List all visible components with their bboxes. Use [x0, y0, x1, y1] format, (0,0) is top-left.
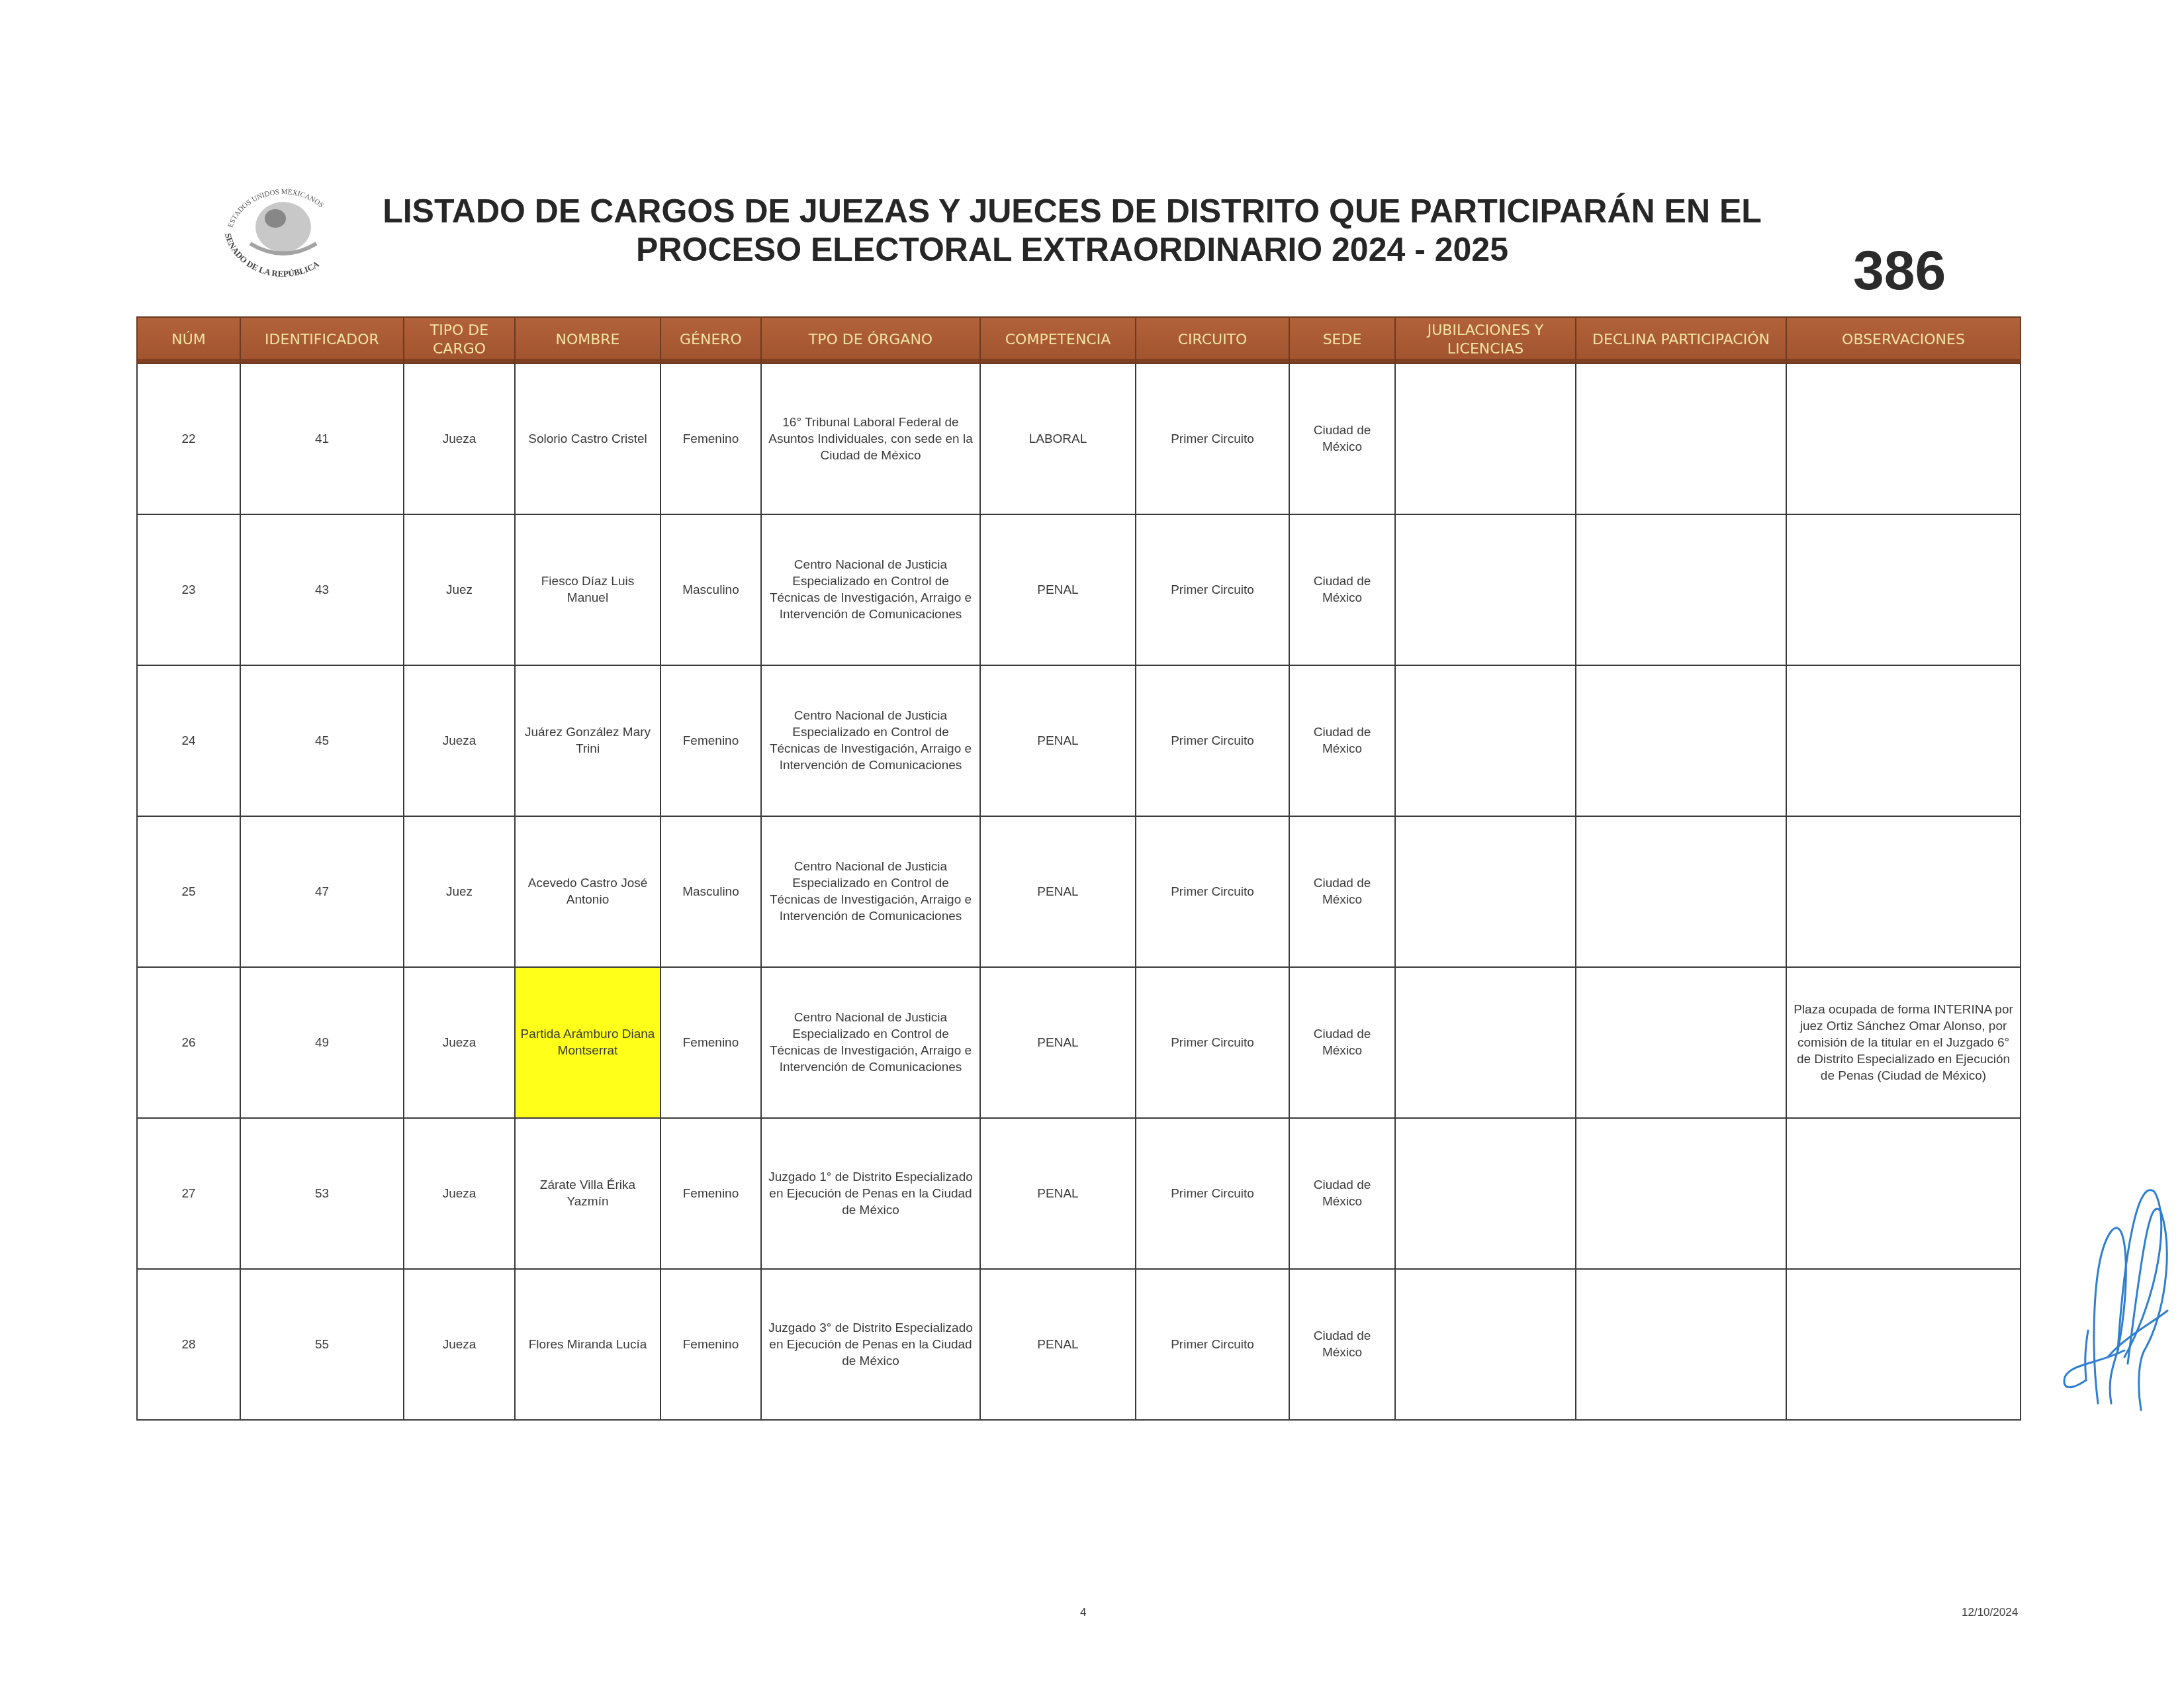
- page-number: 4: [1080, 1606, 1086, 1619]
- col-num: NÚM: [137, 317, 240, 363]
- cell-num: 28: [137, 1269, 240, 1420]
- col-observaciones: OBSERVACIONES: [1786, 317, 2021, 363]
- cell-nombre: Acevedo Castro José Antonio: [515, 816, 660, 967]
- cell-competencia: PENAL: [980, 1269, 1136, 1420]
- col-competencia: COMPETENCIA: [980, 317, 1136, 363]
- cell-declina: [1576, 1118, 1786, 1269]
- cell-sede: Ciudad de México: [1289, 967, 1395, 1118]
- cell-genero: Femenino: [660, 363, 761, 514]
- cell-num: 26: [137, 967, 240, 1118]
- cell-sede: Ciudad de México: [1289, 816, 1395, 967]
- cell-tipo-organo: Centro Nacional de Justicia Especializad…: [761, 665, 980, 816]
- cell-observaciones: Plaza ocupada de forma INTERINA por juez…: [1786, 967, 2021, 1118]
- title-line-1: LISTADO DE CARGOS DE JUEZAS Y JUECES DE …: [371, 192, 1774, 230]
- table-row: 2343JuezFiesco Díaz Luis ManuelMasculino…: [137, 514, 2021, 665]
- table-row: 2649JuezaPartida Arámburo Diana Montserr…: [137, 967, 2021, 1118]
- cell-tipo-organo: Centro Nacional de Justicia Especializad…: [761, 514, 980, 665]
- cell-jubilaciones: [1395, 1269, 1576, 1420]
- cell-identificador: 43: [240, 514, 404, 665]
- title-line-2: PROCESO ELECTORAL EXTRAORDINARIO 2024 - …: [371, 230, 1774, 269]
- cell-genero: Femenino: [660, 665, 761, 816]
- cell-circuito: Primer Circuito: [1136, 967, 1289, 1118]
- cell-declina: [1576, 363, 1786, 514]
- table-row: 2241JuezaSolorio Castro CristelFemenino1…: [137, 363, 2021, 514]
- cell-tipo-cargo: Jueza: [404, 1118, 515, 1269]
- table-row: 2547JuezAcevedo Castro José AntonioMascu…: [137, 816, 2021, 967]
- cell-observaciones: [1786, 1118, 2021, 1269]
- cell-competencia: PENAL: [980, 816, 1136, 967]
- cell-observaciones: [1786, 1269, 2021, 1420]
- cell-declina: [1576, 665, 1786, 816]
- cell-tipo-cargo: Jueza: [404, 1269, 515, 1420]
- cell-sede: Ciudad de México: [1289, 1269, 1395, 1420]
- coat-of-arms-icon: ESTADOS UNIDOS MEXICANOS SENADO DE LA RE…: [210, 177, 356, 283]
- col-tipo-cargo: TIPO DE CARGO: [404, 317, 515, 363]
- cell-tipo-organo: Centro Nacional de Justicia Especializad…: [761, 816, 980, 967]
- cell-circuito: Primer Circuito: [1136, 816, 1289, 967]
- signature: [2045, 1152, 2171, 1417]
- cell-circuito: Primer Circuito: [1136, 665, 1289, 816]
- cell-tipo-organo: Juzgado 1° de Distrito Especializado en …: [761, 1118, 980, 1269]
- table-row: 2753JuezaZárate Villa Érika YazmínFemeni…: [137, 1118, 2021, 1269]
- cell-nombre: Flores Miranda Lucía: [515, 1269, 660, 1420]
- cell-sede: Ciudad de México: [1289, 665, 1395, 816]
- cell-nombre: Zárate Villa Érika Yazmín: [515, 1118, 660, 1269]
- cell-competencia: PENAL: [980, 1118, 1136, 1269]
- senate-seal: ESTADOS UNIDOS MEXICANOS SENADO DE LA RE…: [210, 177, 356, 283]
- judges-table: NÚM IDENTIFICADOR TIPO DE CARGO NOMBRE G…: [136, 316, 2021, 1421]
- cell-tipo-cargo: Jueza: [404, 363, 515, 514]
- cell-identificador: 41: [240, 363, 404, 514]
- cell-observaciones: [1786, 665, 2021, 816]
- cell-competencia: PENAL: [980, 967, 1136, 1118]
- table-row: 2855JuezaFlores Miranda LucíaFemeninoJuz…: [137, 1269, 2021, 1420]
- cell-jubilaciones: [1395, 665, 1576, 816]
- col-identificador: IDENTIFICADOR: [240, 317, 404, 363]
- cell-circuito: Primer Circuito: [1136, 1269, 1289, 1420]
- cell-identificador: 45: [240, 665, 404, 816]
- cell-nombre: Solorio Castro Cristel: [515, 363, 660, 514]
- cell-tipo-cargo: Jueza: [404, 967, 515, 1118]
- col-nombre: NOMBRE: [515, 317, 660, 363]
- cell-num: 24: [137, 665, 240, 816]
- col-jubilaciones: JUBILACIONES Y LICENCIAS: [1395, 317, 1576, 363]
- cell-circuito: Primer Circuito: [1136, 363, 1289, 514]
- cell-num: 22: [137, 363, 240, 514]
- table-row: 2445JuezaJuárez González Mary TriniFemen…: [137, 665, 2021, 816]
- col-declina: DECLINA PARTICIPACIÓN: [1576, 317, 1786, 363]
- cell-identificador: 49: [240, 967, 404, 1118]
- cell-competencia: PENAL: [980, 665, 1136, 816]
- cell-tipo-organo: Juzgado 3° de Distrito Especializado en …: [761, 1269, 980, 1420]
- cell-nombre: Juárez González Mary Trini: [515, 665, 660, 816]
- cell-genero: Femenino: [660, 967, 761, 1118]
- cell-jubilaciones: [1395, 816, 1576, 967]
- cell-observaciones: [1786, 816, 2021, 967]
- cell-observaciones: [1786, 363, 2021, 514]
- cell-num: 25: [137, 816, 240, 967]
- cell-jubilaciones: [1395, 363, 1576, 514]
- cell-declina: [1576, 514, 1786, 665]
- cell-circuito: Primer Circuito: [1136, 514, 1289, 665]
- table-header-row: NÚM IDENTIFICADOR TIPO DE CARGO NOMBRE G…: [137, 317, 2021, 363]
- col-circuito: CIRCUITO: [1136, 317, 1289, 363]
- cell-tipo-cargo: Juez: [404, 514, 515, 665]
- cell-identificador: 47: [240, 816, 404, 967]
- cell-declina: [1576, 967, 1786, 1118]
- cell-observaciones: [1786, 514, 2021, 665]
- cell-genero: Femenino: [660, 1269, 761, 1420]
- cell-sede: Ciudad de México: [1289, 1118, 1395, 1269]
- cell-jubilaciones: [1395, 514, 1576, 665]
- document-title: LISTADO DE CARGOS DE JUEZAS Y JUECES DE …: [371, 192, 1774, 269]
- cell-sede: Ciudad de México: [1289, 363, 1395, 514]
- folio-number: 386: [1853, 238, 1946, 303]
- cell-num: 27: [137, 1118, 240, 1269]
- cell-tipo-organo: Centro Nacional de Justicia Especializad…: [761, 967, 980, 1118]
- col-sede: SEDE: [1289, 317, 1395, 363]
- cell-jubilaciones: [1395, 967, 1576, 1118]
- cell-genero: Femenino: [660, 1118, 761, 1269]
- document-date: 12/10/2024: [1962, 1606, 2018, 1619]
- cell-genero: Masculino: [660, 514, 761, 665]
- cell-declina: [1576, 1269, 1786, 1420]
- col-genero: GÉNERO: [660, 317, 761, 363]
- cell-competencia: PENAL: [980, 514, 1136, 665]
- cell-circuito: Primer Circuito: [1136, 1118, 1289, 1269]
- cell-declina: [1576, 816, 1786, 967]
- cell-tipo-organo: 16° Tribunal Laboral Federal de Asuntos …: [761, 363, 980, 514]
- col-tipo-organo: TPO DE ÓRGANO: [761, 317, 980, 363]
- cell-identificador: 55: [240, 1269, 404, 1420]
- cell-nombre: Partida Arámburo Diana Montserrat: [515, 967, 660, 1118]
- cell-competencia: LABORAL: [980, 363, 1136, 514]
- cell-identificador: 53: [240, 1118, 404, 1269]
- signature-icon: [2045, 1152, 2171, 1417]
- cell-jubilaciones: [1395, 1118, 1576, 1269]
- cell-num: 23: [137, 514, 240, 665]
- table-body: 2241JuezaSolorio Castro CristelFemenino1…: [137, 363, 2021, 1420]
- cell-sede: Ciudad de México: [1289, 514, 1395, 665]
- cell-tipo-cargo: Juez: [404, 816, 515, 967]
- cell-genero: Masculino: [660, 816, 761, 967]
- cell-tipo-cargo: Jueza: [404, 665, 515, 816]
- cell-nombre: Fiesco Díaz Luis Manuel: [515, 514, 660, 665]
